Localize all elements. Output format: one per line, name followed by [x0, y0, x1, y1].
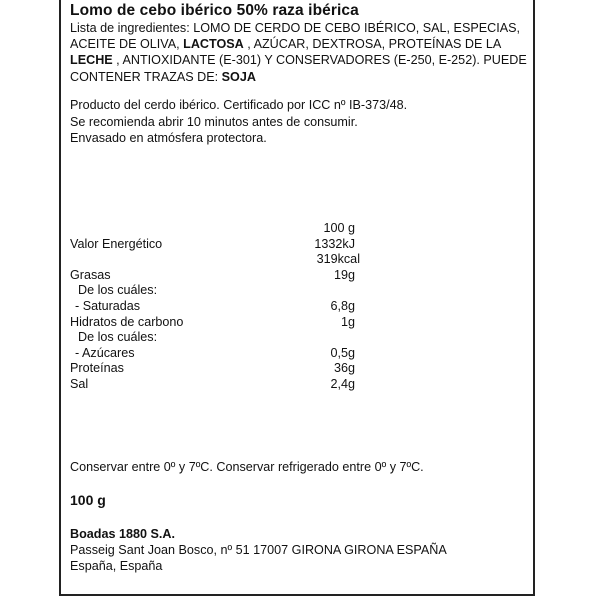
storage-instructions: Conservar entre 0º y 7ºC. Conservar refr…: [70, 460, 424, 474]
nutrient-label: Hidratos de carbono: [70, 315, 183, 329]
nutrient-value: 2,4g: [330, 377, 355, 391]
nutrition-row: Grasas19g: [70, 268, 370, 284]
nutrient-value: 19g: [334, 268, 355, 282]
product-title: Lomo de cebo ibérico 50% raza ibérica: [70, 2, 359, 20]
allergen-highlight: SOJA: [222, 70, 256, 84]
certification-note: Producto del cerdo ibérico. Certificado …: [70, 97, 407, 114]
nutrient-label: De los cuáles:: [78, 330, 157, 344]
nutrition-table: 100 g Valor Energético1332kJ319kcalGrasa…: [70, 221, 370, 393]
ingredients-text: , AZÚCAR, DEXTROSA, PROTEÍNAS DE LA: [244, 37, 501, 51]
nutrition-row: - Azúcares0,5g: [70, 346, 370, 362]
nutrition-row: - Saturadas6,8g: [70, 299, 370, 315]
nutrient-value: 0,5g: [330, 346, 355, 360]
packaging-note: Envasado en atmósfera protectora.: [70, 130, 407, 147]
nutrition-column-header: 100 g: [323, 221, 355, 235]
nutrient-label: Valor Energético: [70, 237, 162, 251]
allergen-highlight: LECHE: [70, 53, 113, 67]
nutrition-row: 319kcal: [70, 252, 370, 268]
nutrition-row: Hidratos de carbono1g: [70, 315, 370, 331]
nutrition-row: De los cuáles:: [70, 283, 370, 299]
nutrient-label: Proteínas: [70, 361, 124, 375]
company-address: Passeig Sant Joan Bosco, nº 51 17007 GIR…: [70, 543, 447, 557]
nutrient-value: 1g: [341, 315, 355, 329]
company-country: España, España: [70, 559, 162, 573]
product-label: Lomo de cebo ibérico 50% raza ibérica Li…: [59, 0, 535, 596]
nutrient-value: 319kcal: [317, 252, 360, 266]
nutrition-header-row: 100 g: [70, 221, 370, 237]
nutrient-label: Sal: [70, 377, 88, 391]
nutrient-label: Grasas: [70, 268, 111, 282]
nutrient-label: - Saturadas: [75, 299, 140, 313]
nutrition-row: Proteínas36g: [70, 361, 370, 377]
ingredients-list: Lista de ingredientes: LOMO DE CERDO DE …: [70, 20, 530, 85]
company-name: Boadas 1880 S.A.: [70, 527, 175, 541]
nutrient-label: De los cuáles:: [78, 283, 157, 297]
nutrition-row: De los cuáles:: [70, 330, 370, 346]
net-weight: 100 g: [70, 492, 106, 508]
nutrient-label: - Azúcares: [75, 346, 135, 360]
product-notes: Producto del cerdo ibérico. Certificado …: [70, 97, 407, 147]
opening-recommendation: Se recomienda abrir 10 minutos antes de …: [70, 114, 407, 131]
nutrition-row: Valor Energético1332kJ: [70, 237, 370, 253]
nutrient-value: 36g: [334, 361, 355, 375]
ingredients-text: , ANTIOXIDANTE (E-301) Y CONSERVADORES (…: [70, 53, 527, 83]
nutrient-value: 1332kJ: [314, 237, 355, 251]
nutrient-value: 6,8g: [330, 299, 355, 313]
nutrition-row: Sal2,4g: [70, 377, 370, 393]
allergen-highlight: LACTOSA: [183, 37, 244, 51]
